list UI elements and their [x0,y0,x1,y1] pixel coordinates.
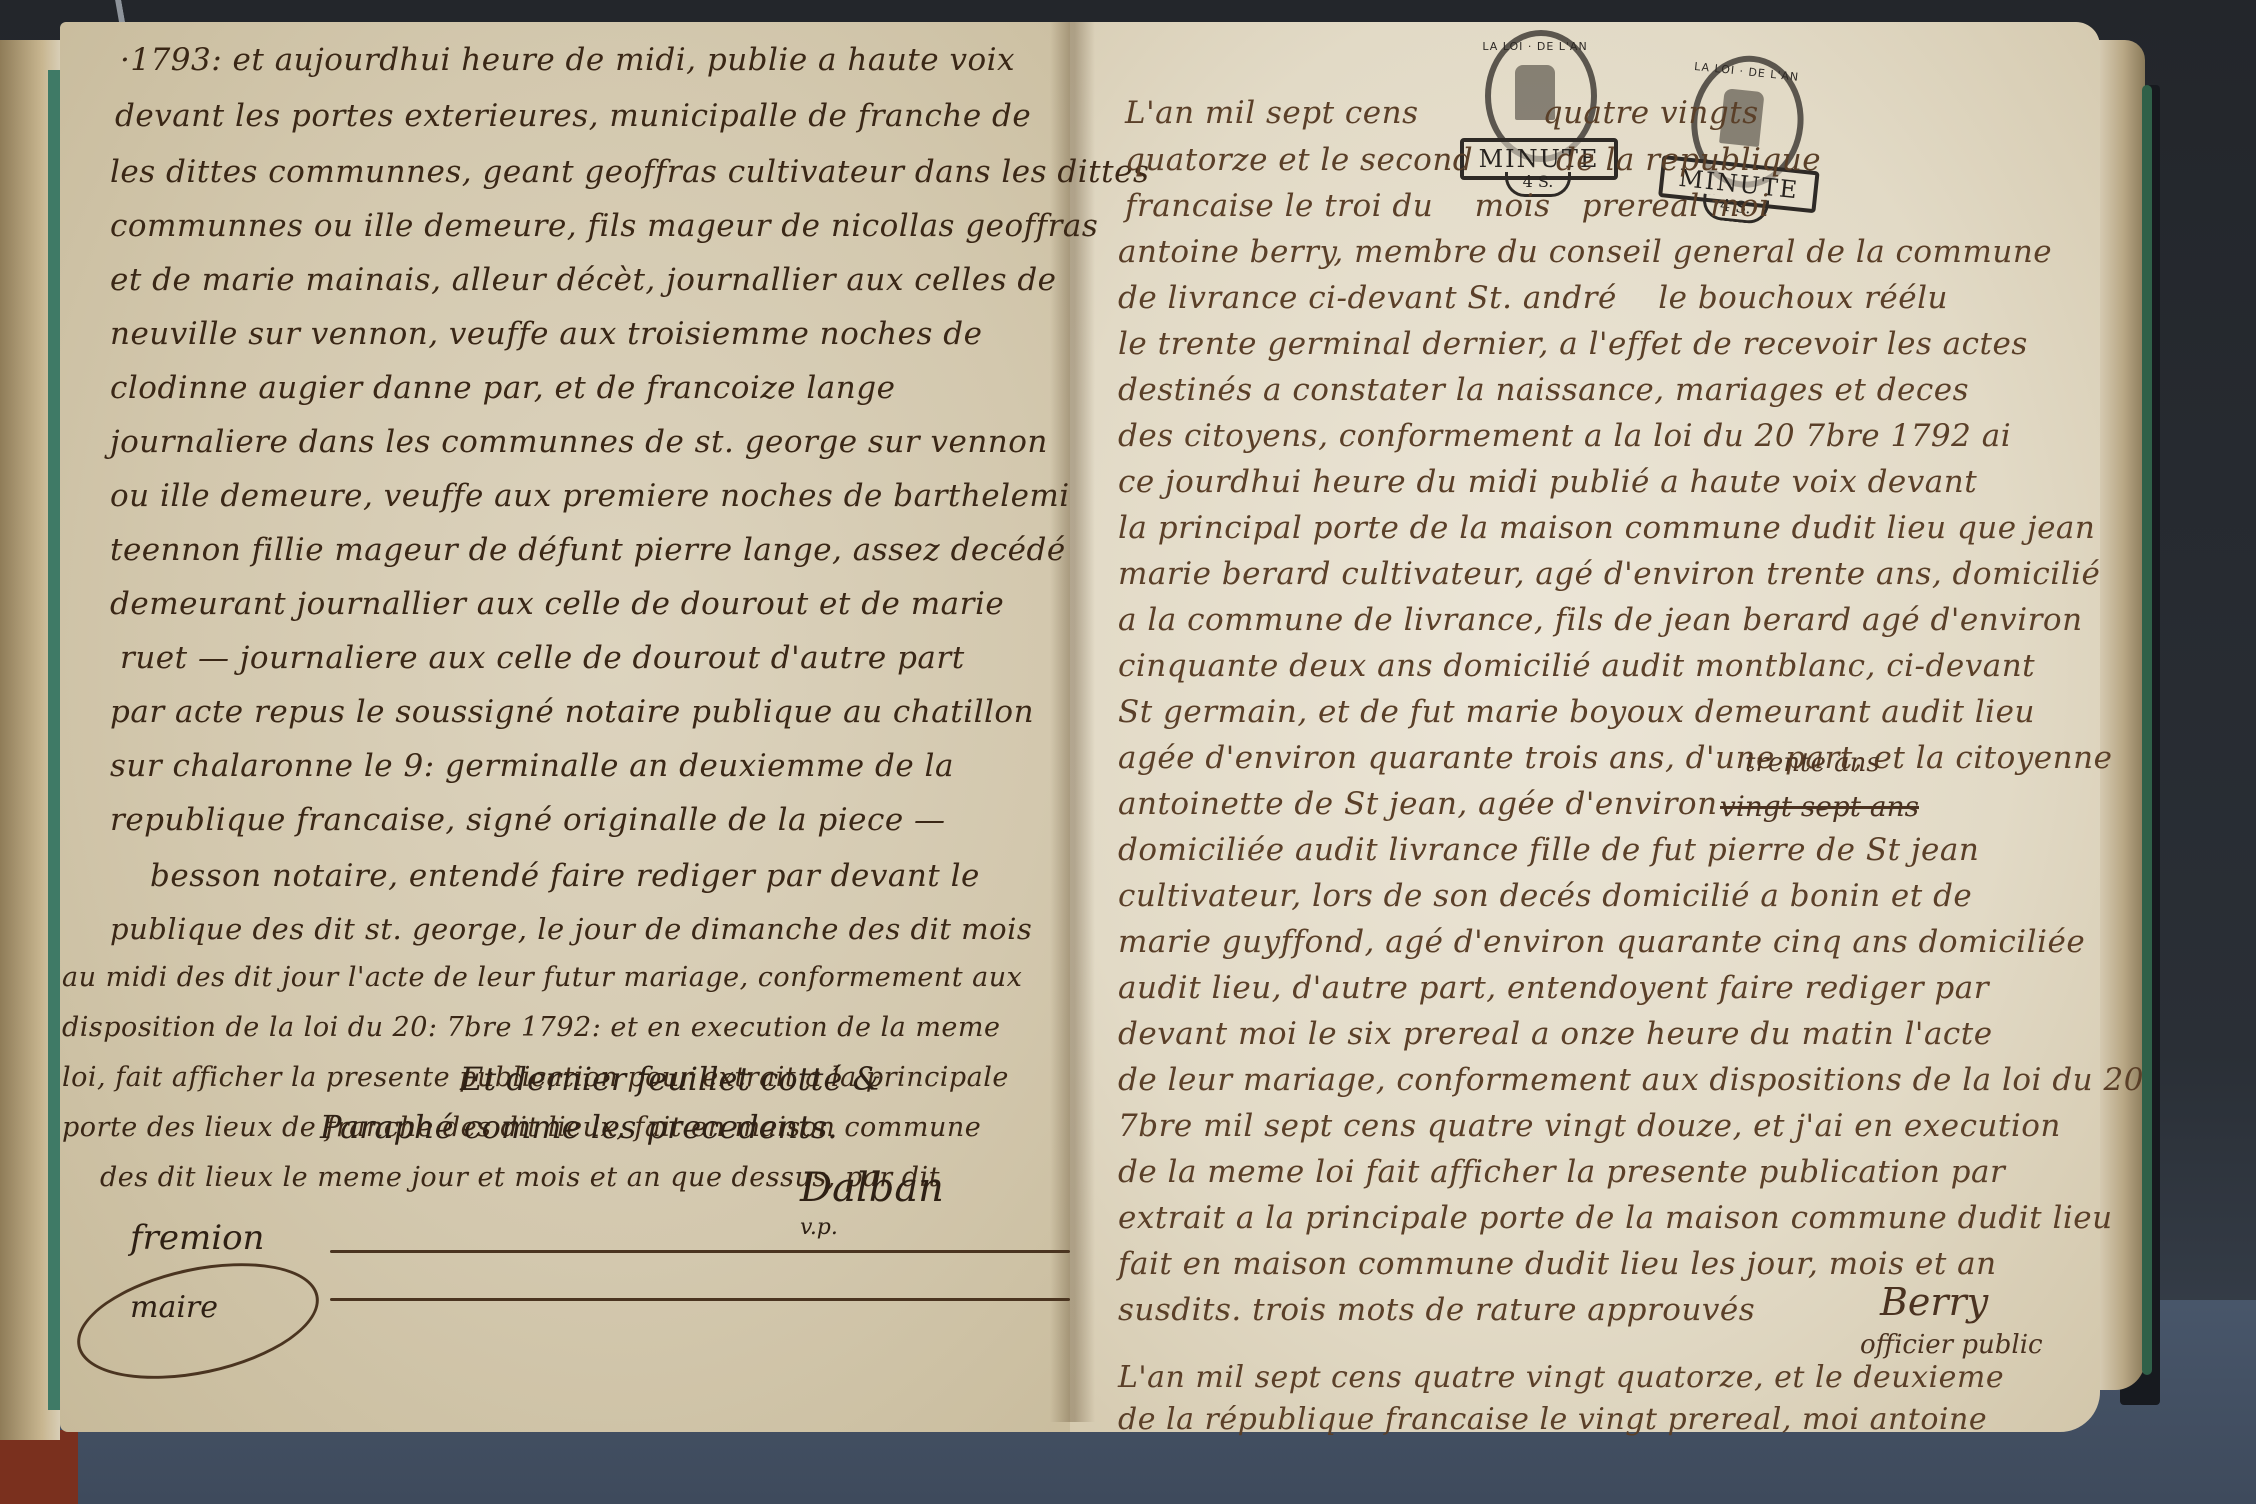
text-line: de leur mariage, conformement aux dispos… [1118,1062,2144,1098]
text-line: audit lieu, d'autre part, entendoyent fa… [1118,970,1989,1006]
text-line: des citoyens, conformement a la loi du 2… [1118,418,2011,454]
closing-note-line-1: Et dernier feuillet cotté & [460,1060,881,1098]
text-line: journaliere dans les communnes de st. ge… [110,424,1048,460]
text-line: L'an mil sept cens quatre vingts [1125,95,1759,131]
text-line: marie berard cultivateur, agé d'environ … [1118,556,2100,592]
binding-strip-right [2142,85,2152,1375]
text-line: destinés a constater la naissance, maria… [1118,372,1969,408]
signature-rule [330,1250,1070,1253]
signature-suffix: v.p. [800,1215,838,1240]
text-line: domiciliée audit livrance fille de fut p… [1118,832,1979,868]
binding-strip-left [48,70,60,1410]
signature-dalban: Dalban [800,1165,944,1211]
text-line: de la meme loi fait afficher la presente… [1118,1154,2005,1190]
text-line: ce jourdhui heure du midi publié a haute… [1118,464,1977,500]
text-line: devant moi le six prereal a onze heure d… [1118,1016,1993,1052]
text-line: clodinne augier danne par, et de francoi… [110,370,895,406]
text-line: cultivateur, lors de son decés domicilié… [1118,878,1972,914]
text-line: susdits. trois mots de rature approuvés [1118,1292,1755,1328]
text-line: cinquante deux ans domicilié audit montb… [1118,648,2035,684]
text-line: 7bre mil sept cens quatre vingt douze, e… [1118,1108,2061,1144]
text-line: et de marie mainais, alleur décèt, journ… [110,262,1057,298]
stamp-motto: LA LOI · DE L'AN [1460,40,1610,53]
red-book-cover-corner [0,1430,78,1504]
text-line: quatorze et le second de la republique [1125,142,1821,178]
signature-fremion: fremion [130,1218,264,1258]
signature-berry: Berry [1880,1280,1988,1324]
text-line: L'an mil sept cens quatre vingt quatorze… [1118,1360,2004,1395]
text-line: antoine berry, membre du conseil general… [1118,234,2052,270]
text-line: au midi des dit jour l'acte de leur futu… [62,962,1022,993]
text-line: les dittes communnes, geant geoffras cul… [110,154,1149,190]
text-line: le trente germinal dernier, a l'effet de… [1118,326,2028,362]
struck-text: vingt sept ans [1720,790,1919,823]
text-line: ruet — journaliere aux celle de dourout … [120,640,965,676]
text-line: extrait a la principale porte de la mais… [1118,1200,2113,1236]
text-line: a la commune de livrance, fils de jean b… [1118,602,2083,638]
text-line: la principal porte de la maison commune … [1118,510,2095,546]
text-line: St germain, et de fut marie boyoux demeu… [1118,694,2035,730]
text-line: de livrance ci-devant St. andré le bouch… [1118,280,1948,316]
text-line: publique des dit st. george, le jour de … [110,912,1032,946]
signature-maire: maire [130,1290,218,1325]
text-line: demeurant journallier aux celle de douro… [110,586,1004,622]
text-line: francaise le troi du mois prereal moi [1125,188,1770,224]
text-line: ou ille demeure, veuffe aux premiere noc… [110,478,1070,514]
text-line: par acte repus le soussigné notaire publ… [110,694,1034,730]
closing-note-line-2: Paraphé comme les precedents. [320,1108,838,1146]
text-line: neuville sur vennon, veuffe aux troisiem… [110,316,982,352]
text-line: sur chalaronne le 9: germinalle an deuxi… [110,748,954,784]
officer-title: officier public [1860,1330,2043,1360]
text-line: marie guyffond, agé d'environ quarante c… [1118,924,2085,960]
text-line: devant les portes exterieures, municipal… [115,98,1031,134]
text-line: besson notaire, entendé faire rediger pa… [150,858,980,894]
text-line: agée d'environ quarante trois ans, d'une… [1118,740,2112,776]
text-line: antoinette de St jean, agée d'environ [1118,786,1718,822]
text-line: disposition de la loi du 20: 7bre 1792: … [62,1012,1001,1043]
text-line: teennon fillie mageur de défunt pierre l… [110,532,1066,568]
text-line: de la république francaise le vingt prer… [1118,1402,1987,1437]
text-line: republique francaise, signé originalle d… [110,802,946,838]
interlinear-insertion: trente ans [1745,748,1880,778]
text-line: fait en maison commune dudit lieu les jo… [1118,1246,1997,1282]
text-line: communnes ou ille demeure, fils mageur d… [110,208,1098,244]
text-line: ·1793: et aujourdhui heure de midi, publ… [120,42,1015,78]
signature-rule [330,1298,1070,1301]
